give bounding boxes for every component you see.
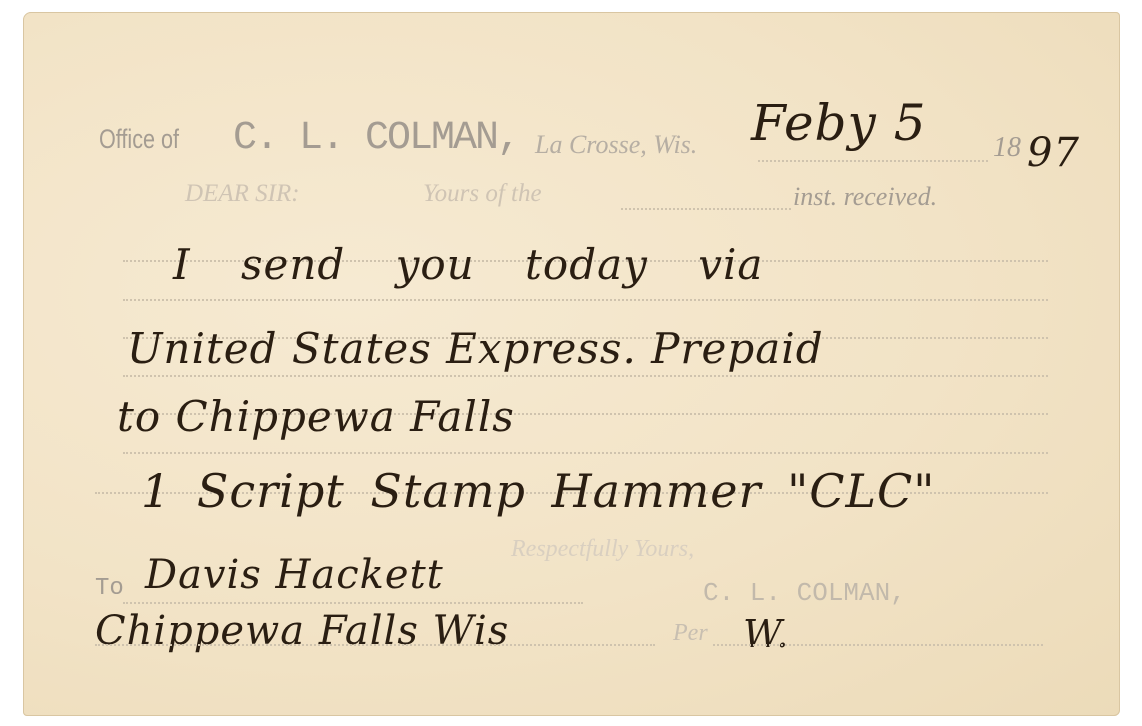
handwritten-year: 97: [1027, 130, 1080, 176]
address-rule: [95, 644, 655, 646]
inst-rule: [621, 208, 791, 210]
writing-line: [123, 452, 1048, 454]
handwritten-recipient-name: Davis Hackett: [145, 552, 444, 598]
printed-year-prefix: 18: [993, 132, 1021, 164]
printed-per-label: Per: [673, 620, 708, 647]
handwritten-per-initial: W.: [743, 612, 790, 656]
per-rule: [713, 644, 1043, 646]
writing-line: [123, 299, 1048, 301]
handwritten-date: Feby 5: [751, 94, 927, 152]
printed-signature-company: C. L. COLMAN,: [703, 578, 906, 608]
printed-salutation: DEAR SIR:: [185, 180, 300, 208]
printed-location: La Crosse, Wis.: [535, 130, 697, 160]
printed-yours-of-the: Yours of the: [423, 180, 542, 208]
printed-office-of: Office of: [99, 124, 179, 155]
date-rule: [758, 160, 988, 162]
handwritten-line-4: 1 Script Stamp Hammer "CLC": [141, 464, 935, 518]
postal-card: Office of C. L. COLMAN, La Crosse, Wis. …: [23, 12, 1120, 716]
printed-inst-received: inst. received.: [793, 182, 937, 212]
to-rule: [123, 602, 583, 604]
writing-line: [123, 375, 1048, 377]
printed-respectfully: Respectfully Yours,: [511, 536, 694, 563]
handwritten-recipient-address: Chippewa Falls Wis: [95, 608, 509, 654]
printed-company-name: C. L. COLMAN,: [233, 116, 519, 161]
printed-to-label: To: [95, 575, 124, 602]
handwritten-line-2: United States Express. Prepaid: [127, 324, 824, 373]
handwritten-line-3: to Chippewa Falls: [117, 392, 515, 441]
handwritten-line-1: I send you today via: [173, 240, 763, 289]
